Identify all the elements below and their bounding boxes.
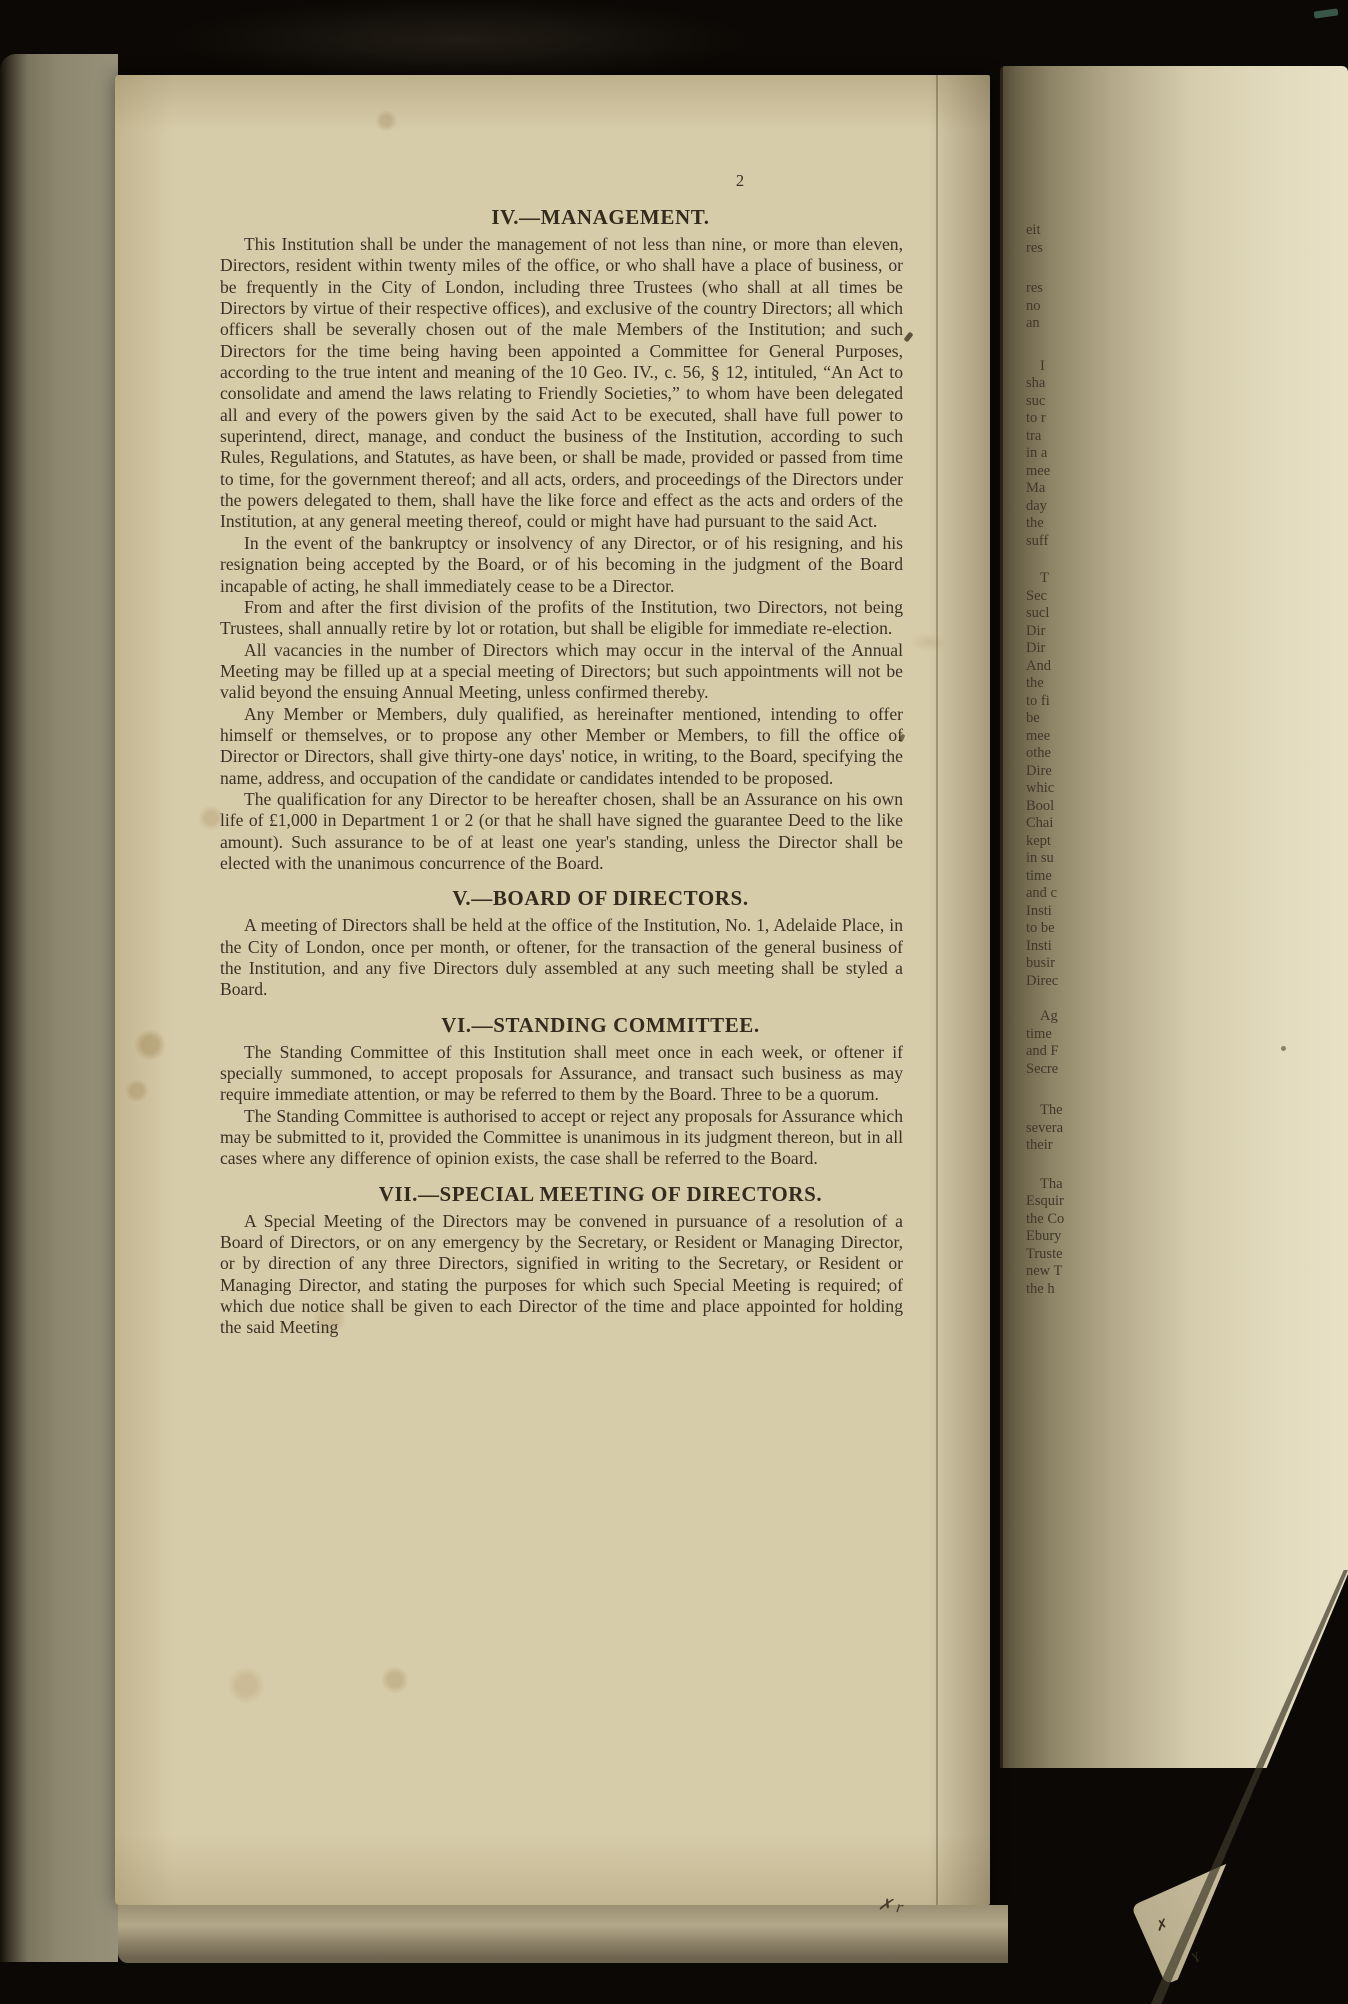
paragraph: A Special Meeting of the Directors may b… bbox=[220, 1211, 903, 1339]
rule-section: V.—BOARD OF DIRECTORS.A meeting of Direc… bbox=[220, 886, 903, 1000]
cropped-text-line: busir bbox=[1026, 955, 1064, 973]
cropped-text-block: resnoan bbox=[1026, 280, 1064, 333]
cropped-text-line: res bbox=[1026, 240, 1064, 258]
right-page: eitresresnoanIshasucto rtrain ameeMadayt… bbox=[1000, 66, 1348, 1768]
paragraph: The Standing Committee is authorised to … bbox=[220, 1106, 903, 1170]
cropped-text-line: othe bbox=[1026, 745, 1064, 763]
cropped-text-line: Bool bbox=[1026, 798, 1064, 816]
cropped-text-line: and F bbox=[1026, 1043, 1064, 1061]
cropped-text-line: eit bbox=[1026, 222, 1064, 240]
cropped-text-line: mee bbox=[1026, 463, 1064, 481]
section-heading: IV.—MANAGEMENT. bbox=[220, 205, 903, 230]
cropped-text-line: the h bbox=[1026, 1281, 1064, 1299]
rule-section: VI.—STANDING COMMITTEE.The Standing Comm… bbox=[220, 1013, 903, 1170]
rule-sections: IV.—MANAGEMENT.This Institution shall be… bbox=[220, 205, 903, 1339]
right-page-cropped-text: eitresresnoanIshasucto rtrain ameeMadayt… bbox=[1026, 222, 1064, 1298]
cropped-text-line: tra bbox=[1026, 428, 1064, 446]
cropped-text-line: Insti bbox=[1026, 938, 1064, 956]
section-heading: VI.—STANDING COMMITTEE. bbox=[220, 1013, 903, 1038]
paragraph: This Institution shall be under the mana… bbox=[220, 234, 903, 533]
paragraph: The Standing Committee of this Instituti… bbox=[220, 1042, 903, 1106]
cropped-text-line: time bbox=[1026, 868, 1064, 886]
section-heading: VII.—SPECIAL MEETING OF DIRECTORS. bbox=[220, 1182, 903, 1207]
cropped-text-line: Dire bbox=[1026, 763, 1064, 781]
left-page-content: 2 IV.—MANAGEMENT.This Institution shall … bbox=[115, 75, 990, 1339]
cropped-text-line: Tha bbox=[1026, 1176, 1064, 1194]
page-number: 2 bbox=[220, 171, 903, 191]
paragraph: In the event of the bankruptcy or insolv… bbox=[220, 533, 903, 597]
cropped-text-line: their bbox=[1026, 1137, 1064, 1155]
cropped-text-line: And bbox=[1026, 658, 1064, 676]
cropped-text-line: Ag bbox=[1026, 1008, 1064, 1026]
cropped-text-block: Theseveratheir bbox=[1026, 1102, 1064, 1155]
cropped-text-line: Ma bbox=[1026, 480, 1064, 498]
section-heading: V.—BOARD OF DIRECTORS. bbox=[220, 886, 903, 911]
cropped-text-line: T bbox=[1026, 570, 1064, 588]
paragraph: All vacancies in the number of Directors… bbox=[220, 640, 903, 704]
cropped-text-line: mee bbox=[1026, 728, 1064, 746]
cropped-text-line: I bbox=[1026, 358, 1064, 376]
cropped-text-line: res bbox=[1026, 280, 1064, 298]
cropped-text-line: in a bbox=[1026, 445, 1064, 463]
cropped-text-block: Ishasucto rtrain ameeMadaythesuff bbox=[1026, 358, 1064, 551]
paragraph: A meeting of Directors shall be held at … bbox=[220, 915, 903, 1000]
page-stack-bottom-edge bbox=[118, 1905, 1008, 1963]
cropped-text-line: The bbox=[1026, 1102, 1064, 1120]
paragraph: Any Member or Members, duly qualified, a… bbox=[220, 704, 903, 789]
cropped-text-line: Secre bbox=[1026, 1061, 1064, 1079]
rule-section: IV.—MANAGEMENT.This Institution shall be… bbox=[220, 205, 903, 874]
cropped-text-line: to fi bbox=[1026, 693, 1064, 711]
cropped-text-line: an bbox=[1026, 315, 1064, 333]
cropped-text-line: Dir bbox=[1026, 623, 1064, 641]
edge-mark bbox=[1314, 8, 1339, 18]
cropped-text-line: to r bbox=[1026, 410, 1064, 428]
left-page: 2 IV.—MANAGEMENT.This Institution shall … bbox=[115, 75, 990, 1905]
page-stack-left-edge bbox=[0, 54, 118, 1962]
ink-mark: ✗ r bbox=[877, 1894, 905, 1918]
cropped-text-line: in su bbox=[1026, 850, 1064, 868]
cropped-text-line: new T bbox=[1026, 1263, 1064, 1281]
paragraph: From and after the first division of the… bbox=[220, 597, 903, 640]
cropped-text-block: ThaEsquirthe CoEburyTrustenew Tthe h bbox=[1026, 1176, 1064, 1299]
cropped-text-line: sucl bbox=[1026, 605, 1064, 623]
cropped-text-line: be bbox=[1026, 710, 1064, 728]
cropped-text-line: the bbox=[1026, 675, 1064, 693]
cropped-text-line: suc bbox=[1026, 393, 1064, 411]
cropped-text-line: kept bbox=[1026, 833, 1064, 851]
cropped-text-block: Agtimeand FSecre bbox=[1026, 1008, 1064, 1078]
cropped-text-line: Direc bbox=[1026, 973, 1064, 991]
rule-section: VII.—SPECIAL MEETING OF DIRECTORS.A Spec… bbox=[220, 1182, 903, 1339]
cropped-text-line: time bbox=[1026, 1026, 1064, 1044]
cropped-text-line: and c bbox=[1026, 885, 1064, 903]
paragraph: The qualification for any Director to be… bbox=[220, 789, 903, 874]
cropped-text-line: Sec bbox=[1026, 588, 1064, 606]
cropped-text-line: to be bbox=[1026, 920, 1064, 938]
cropped-text-line: Insti bbox=[1026, 903, 1064, 921]
cropped-text-block: TSecsuclDirDirAndtheto fibemeeotheDirewh… bbox=[1026, 570, 1064, 990]
cropped-text-line: whic bbox=[1026, 780, 1064, 798]
cropped-text-line: the Co bbox=[1026, 1211, 1064, 1229]
cropped-text-line: suff bbox=[1026, 533, 1064, 551]
cropped-text-line: no bbox=[1026, 298, 1064, 316]
cropped-text-line: Ebury bbox=[1026, 1228, 1064, 1246]
cropped-text-line: Dir bbox=[1026, 640, 1064, 658]
cropped-text-line: Esquir bbox=[1026, 1193, 1064, 1211]
paper-speck bbox=[1281, 1046, 1286, 1051]
book-photo: 2 IV.—MANAGEMENT.This Institution shall … bbox=[0, 0, 1348, 2004]
cropped-text-line: severa bbox=[1026, 1120, 1064, 1138]
cropped-text-block: eitres bbox=[1026, 222, 1064, 257]
cropped-text-line: sha bbox=[1026, 375, 1064, 393]
cropped-text-line: day bbox=[1026, 498, 1064, 516]
cropped-text-line: the bbox=[1026, 515, 1064, 533]
cropped-text-line: Truste bbox=[1026, 1246, 1064, 1264]
cropped-text-line: Chai bbox=[1026, 815, 1064, 833]
